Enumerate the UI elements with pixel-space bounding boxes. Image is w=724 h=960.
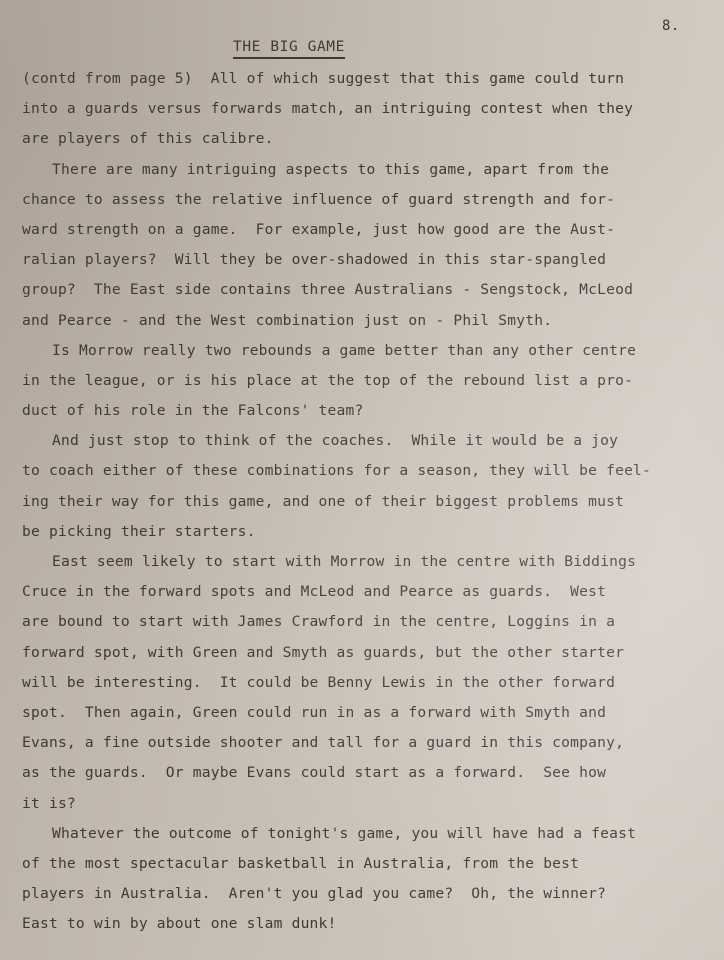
text-line: Whatever the outcome of tonight's game, … (22, 819, 722, 849)
text-line: chance to assess the relative influence … (22, 185, 722, 215)
text-line: into a guards versus forwards match, an … (22, 94, 722, 124)
text-line: And just stop to think of the coaches. W… (22, 426, 722, 456)
text-line: There are many intriguing aspects to thi… (22, 155, 722, 185)
text-line: East to win by about one slam dunk! (22, 909, 722, 939)
text-line: are players of this calibre. (22, 124, 722, 154)
text-line: spot. Then again, Green could run in as … (22, 698, 722, 728)
article-body: (contd from page 5) All of which suggest… (22, 64, 722, 939)
text-line: ing their way for this game, and one of … (22, 487, 722, 517)
text-line: it is? (22, 789, 722, 819)
text-line: Evans, a fine outside shooter and tall f… (22, 728, 722, 758)
text-line: ward strength on a game. For example, ju… (22, 215, 722, 245)
text-line: players in Australia. Aren't you glad yo… (22, 879, 722, 909)
text-line: group? The East side contains three Aust… (22, 275, 722, 305)
article-title: THE BIG GAME (233, 38, 345, 59)
text-line: to coach either of these combinations fo… (22, 456, 722, 486)
text-line: will be interesting. It could be Benny L… (22, 668, 722, 698)
page-number: 8. (662, 18, 680, 34)
typed-page: 8. THE BIG GAME (contd from page 5) All … (0, 0, 724, 960)
text-line: East seem likely to start with Morrow in… (22, 547, 722, 577)
text-line: duct of his role in the Falcons' team? (22, 396, 722, 426)
text-line: ralian players? Will they be over-shadow… (22, 245, 722, 275)
text-line: are bound to start with James Crawford i… (22, 607, 722, 637)
text-line: Is Morrow really two rebounds a game bet… (22, 336, 722, 366)
text-line: be picking their starters. (22, 517, 722, 547)
text-line: Cruce in the forward spots and McLeod an… (22, 577, 722, 607)
text-line: in the league, or is his place at the to… (22, 366, 722, 396)
text-line: (contd from page 5) All of which suggest… (22, 64, 722, 94)
text-line: and Pearce - and the West combination ju… (22, 306, 722, 336)
text-line: forward spot, with Green and Smyth as gu… (22, 638, 722, 668)
text-line: of the most spectacular basketball in Au… (22, 849, 722, 879)
text-line: as the guards. Or maybe Evans could star… (22, 758, 722, 788)
